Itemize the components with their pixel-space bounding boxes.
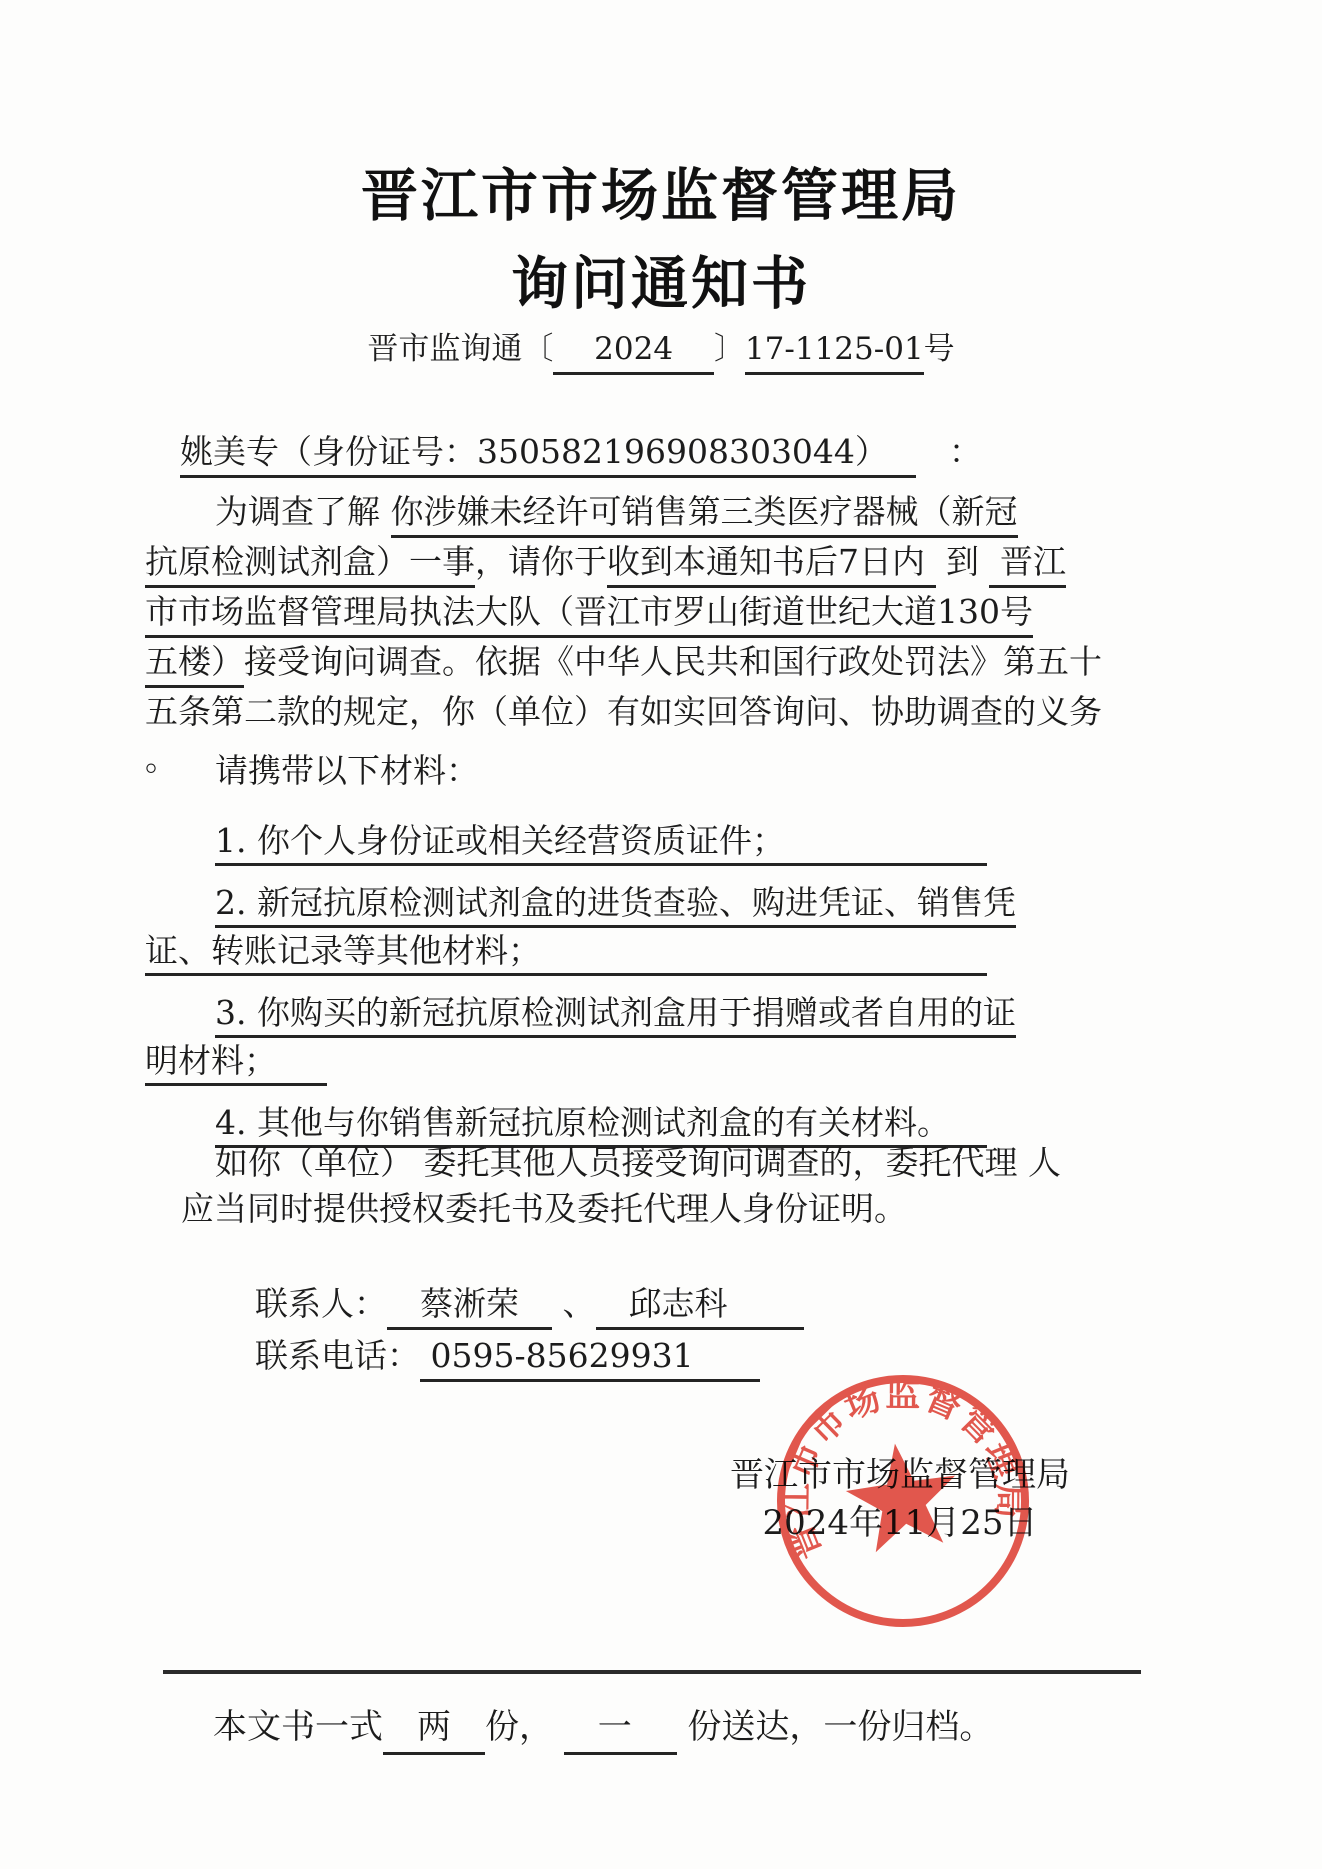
underlined-text: 3. 你购买的新冠抗原检测试剂盒用于捐赠或者自用的证	[215, 990, 1016, 1038]
underlined-text: 一	[564, 1702, 677, 1755]
underlined-text: 明材料；	[145, 1038, 277, 1086]
underlined-text: 晋江	[989, 538, 1066, 588]
text: ，请你于	[475, 538, 607, 588]
underlined-text: 蔡淅荣	[387, 1280, 552, 1330]
text-line: 明材料；	[145, 1038, 987, 1086]
text-line: 为调查了解 你涉嫌未经许可销售第三类医疗器械（新冠	[145, 488, 987, 538]
underlined-text: 五楼）	[145, 638, 244, 688]
text: 份，	[485, 1702, 564, 1755]
underlined-text: 姚美专（身份证号：350582196908303044）	[180, 428, 888, 478]
seal-star	[840, 1436, 964, 1555]
text: 应当同时提供授权委托书及委托代理人身份证明。	[181, 1186, 907, 1232]
text: 接受询问调查。依据《中华人民共和国行政处罚法》第五十	[244, 638, 1102, 688]
text: 号	[924, 326, 955, 375]
material-item: 2. 新冠抗原检测试剂盒的进货查验、购进凭证、销售凭证、转账记录等其他材料；	[145, 880, 987, 976]
material-item: 3. 你购买的新冠抗原检测试剂盒用于捐赠或者自用的证明材料；	[145, 990, 987, 1086]
text-line: 1. 你个人身份证或相关经营资质证件；	[145, 818, 987, 866]
underlined-text: 你涉嫌未经许可销售第三类医疗器械（新冠	[391, 488, 1018, 538]
underlined-text: 收到本通知书后7日内	[607, 538, 936, 588]
underlined-text: 0595-85629931	[420, 1332, 760, 1382]
underlined-text: 2024	[553, 326, 714, 375]
text: 联系人：	[255, 1280, 387, 1330]
document-page: 晋江市市场监督管理局 询问通知书 晋市监询通〔 2024 〕17-1125-01…	[0, 0, 1322, 1869]
materials-intro: 请携带以下材料：	[215, 748, 479, 794]
text-line: 五条第二款的规定，你（单位）有如实回答询问、协助调查的义务	[145, 688, 987, 735]
text: 联系电话：	[255, 1332, 420, 1382]
addressee-line: 姚美专（身份证号：350582196908303044） ：	[180, 428, 1040, 478]
text-line: 3. 你购买的新冠抗原检测试剂盒用于捐赠或者自用的证	[145, 990, 987, 1038]
body-paragraph-1: 为调查了解 你涉嫌未经许可销售第三类医疗器械（新冠抗原检测试剂盒）一事，请你于收…	[145, 488, 987, 782]
text: 如你（单位） 委托其他人员接受询问调查的，委托代理 人	[215, 1140, 1061, 1186]
text-line: 本文书一式 两 份， 一 份送达，一份归档。	[213, 1702, 1163, 1755]
underlined-text	[277, 1038, 327, 1086]
text: 五条第二款的规定，你（单位）有如实回答询问、协助调查的义务	[145, 688, 1102, 735]
text-line: 2. 新冠抗原检测试剂盒的进货查验、购进凭证、销售凭	[145, 880, 987, 928]
text-line: 市市场监督管理局执法大队（晋江市罗山街道世纪大道130号	[145, 588, 987, 638]
text-line: 联系人： 蔡淅荣 、 邱志科	[145, 1280, 987, 1330]
text: 、	[552, 1280, 596, 1330]
text: ：	[916, 428, 982, 478]
underlined-text: 2. 新冠抗原检测试剂盒的进货查验、购进凭证、销售凭	[215, 880, 1016, 928]
text-line: 应当同时提供授权委托书及委托代理人身份证明。	[145, 1186, 990, 1232]
document-type-title: 询问通知书	[0, 238, 1322, 320]
text: 到	[936, 538, 990, 588]
underlined-text: 两	[383, 1702, 485, 1755]
text: 份送达，一份归档。	[677, 1702, 994, 1755]
footer-divider	[163, 1670, 1141, 1674]
underlined-text: 市市场监督管理局执法大队（晋江市罗山街道世纪大道130号	[145, 588, 1033, 638]
document-number: 晋市监询通〔 2024 〕17-1125-01号	[0, 326, 1322, 375]
underlined-text: 证、转账记录等其他材料；	[145, 928, 987, 976]
issuing-org-title: 晋江市市场监督管理局	[0, 150, 1322, 232]
text: 本文书一式	[213, 1702, 383, 1755]
contact-person-line: 联系人： 蔡淅荣 、 邱志科	[145, 1280, 987, 1330]
text-line: 证、转账记录等其他材料；	[145, 928, 987, 976]
underlined-text: 17-1125-01	[745, 326, 924, 375]
text-line: 姚美专（身份证号：350582196908303044） ：	[180, 428, 1040, 478]
text-line: 五楼）接受询问调查。依据《中华人民共和国行政处罚法》第五十	[145, 638, 987, 688]
text-line: 抗原检测试剂盒）一事，请你于收到本通知书后7日内 到 晋江	[145, 538, 987, 588]
underlined-text: 抗原检测试剂盒）一事	[145, 538, 475, 588]
material-item: 1. 你个人身份证或相关经营资质证件；	[145, 818, 987, 866]
delegation-paragraph: 如你（单位） 委托其他人员接受询问调查的，委托代理 人应当同时提供授权委托书及委…	[145, 1140, 990, 1232]
underlined-text: 邱志科	[596, 1280, 805, 1330]
text: 晋市监询通〔	[367, 326, 553, 375]
materials-list: 1. 你个人身份证或相关经营资质证件；2. 新冠抗原检测试剂盒的进货查验、购进凭…	[145, 818, 987, 1162]
text: 为调查了解	[215, 488, 391, 538]
official-seal: 晋江市市场监督管理局	[763, 1361, 1043, 1641]
text-line: 晋市监询通〔 2024 〕17-1125-01号	[0, 326, 1322, 375]
underlined-text: 1. 你个人身份证或相关经营资质证件；	[215, 818, 987, 866]
footer-note: 本文书一式 两 份， 一 份送达，一份归档。	[213, 1702, 1163, 1755]
text-line: 如你（单位） 委托其他人员接受询问调查的，委托代理 人	[145, 1140, 990, 1186]
underlined-text	[888, 428, 916, 478]
text: 。	[145, 735, 178, 782]
text: 〕	[714, 326, 745, 375]
